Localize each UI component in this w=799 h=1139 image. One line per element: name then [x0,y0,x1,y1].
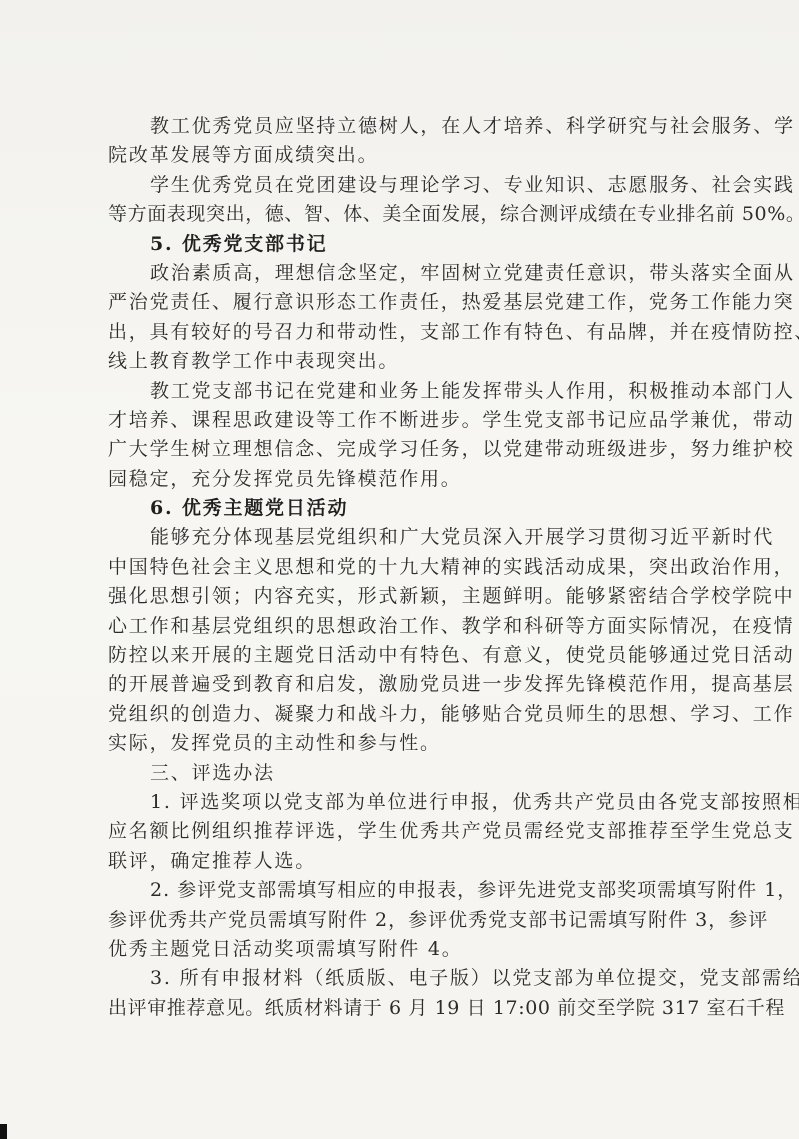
paragraph-line: 联评，确定推荐人选。 [108,847,728,876]
section-heading-theme-day: 6. 优秀主题党日活动 [108,494,728,523]
paragraph-line: 等方面表现突出，德、智、体、美全面发展，综合测评成绩在专业排名前 50%。 [108,200,728,229]
paragraph-line: 广大学生树立理想信念、完成学习任务，以党建带动班级进步，努力维护校 [108,435,728,464]
paragraph-line: 防控以来开展的主题党日活动中有特色、有意义，使党员能够通过党日活动 [108,641,728,670]
section-heading-secretary: 5. 优秀党支部书记 [108,230,728,259]
paragraph-line: 能够充分体现基层党组织和广大党员深入开展学习贯彻习近平新时代 [108,523,728,552]
paragraph-line: 参评优秀共产党员需填写附件 2，参评优秀党支部书记需填写附件 3，参评 [108,906,728,935]
paragraph-line: 出，具有较好的号召力和带动性，支部工作有特色、有品牌，并在疫情防控、 [108,318,728,347]
paragraph-line: 优秀主题党日活动奖项需填写附件 4。 [108,935,728,964]
paragraph-line: 强化思想引领；内容充实，形式新颖，主题鲜明。能够紧密结合学校学院中 [108,582,728,611]
paragraph-line: 出评审推荐意见。纸质材料请于 6 月 19 日 17:00 前交至学院 317 … [108,994,728,1023]
paragraph-line: 中国特色社会主义思想和党的十九大精神的实践活动成果，突出政治作用， [108,553,728,582]
paragraph-line: 严治党责任、履行意识形态工作责任，热爱基层党建工作，党务工作能力突 [108,288,728,317]
paragraph-line: 教工党支部书记在党建和业务上能发挥带头人作用，积极推动本部门人 [108,377,728,406]
paragraph-line: 心工作和基层党组织的思想政治工作、教学和科研等方面实际情况，在疫情 [108,612,728,641]
paragraph-line: 教工优秀党员应坚持立德树人，在人才培养、科学研究与社会服务、学 [108,112,728,141]
paragraph-line: 党组织的创造力、凝聚力和战斗力，能够贴合党员师生的思想、学习、工作 [108,700,728,729]
paragraph-line: 2. 参评党支部需填写相应的申报表，参评先进党支部奖项需填写附件 1， [108,876,728,905]
paragraph-line: 1. 评选奖项以党支部为单位进行申报，优秀共产党员由各党支部按照相 [108,788,728,817]
paragraph-line: 园稳定，充分发挥党员先锋模范作用。 [108,465,728,494]
document-body: 教工优秀党员应坚持立德树人，在人才培养、科学研究与社会服务、学 院改革发展等方面… [108,112,728,1023]
paragraph-line: 实际，发挥党员的主动性和参与性。 [108,729,728,758]
paragraph-line: 才培养、课程思政建设等工作不断进步。学生党支部书记应品学兼优，带动 [108,406,728,435]
paragraph-line: 应名额比例组织推荐评选，学生优秀共产党员需经党支部推荐至学生党总支 [108,817,728,846]
paragraph-line: 政治素质高，理想信念坚定，牢固树立党建责任意识，带头落实全面从 [108,259,728,288]
paragraph-line: 院改革发展等方面成绩突出。 [108,141,728,170]
section-heading-selection-method: 三、评选办法 [108,759,728,788]
scan-edge-mark [0,1124,7,1139]
paragraph-line: 3. 所有申报材料（纸质版、电子版）以党支部为单位提交，党支部需给 [108,964,728,993]
paragraph-line: 线上教育教学工作中表现突出。 [108,347,728,376]
paragraph-line: 学生优秀党员在党团建设与理论学习、专业知识、志愿服务、社会实践 [108,171,728,200]
paragraph-line: 的开展普遍受到教育和启发，激励党员进一步发挥先锋模范作用，提高基层 [108,670,728,699]
